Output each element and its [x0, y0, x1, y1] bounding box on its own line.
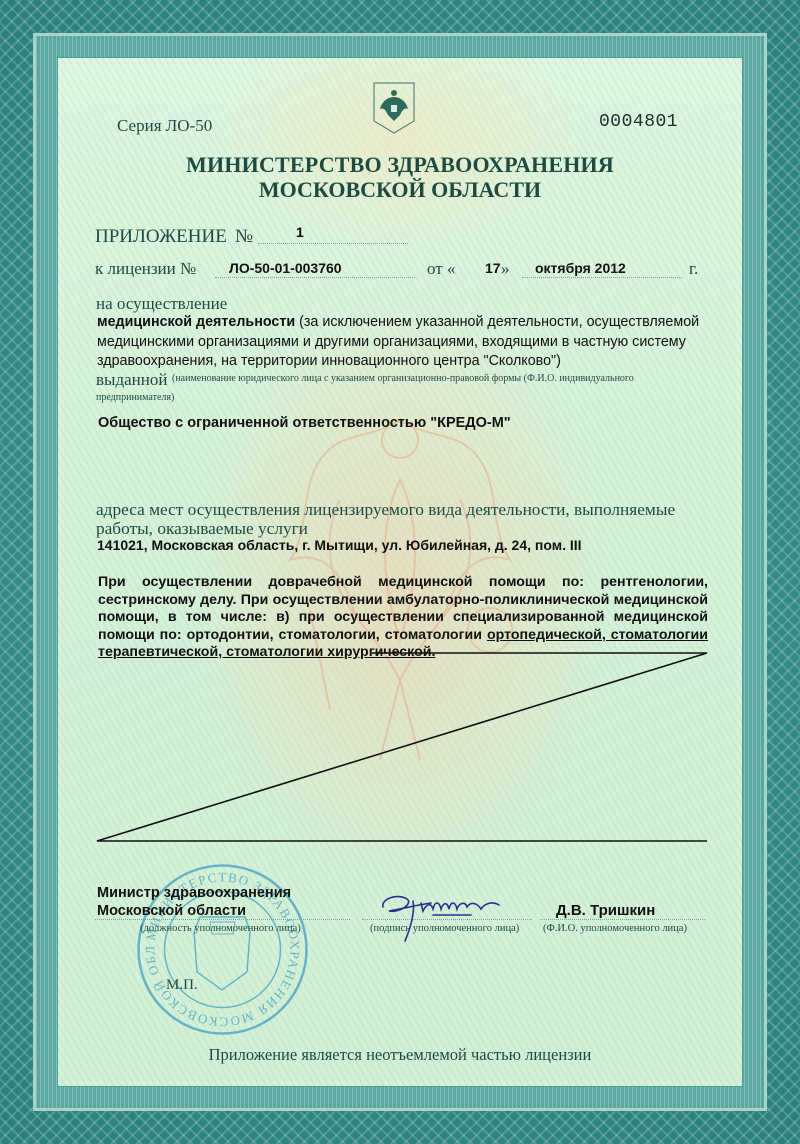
activity-label: на осуществление [96, 294, 227, 314]
license-label: к лицензии № [95, 259, 196, 279]
coat-of-arms-icon [372, 81, 416, 135]
license-month-line [522, 277, 682, 278]
name-line [540, 919, 705, 920]
appendix-number-sign: № [235, 226, 253, 248]
signer-name: Д.В. Тришкин [556, 902, 655, 919]
issued-to-hint: (наименование юридического лица с указан… [172, 373, 634, 384]
footer-note: Приложение является неотъемлемой частью … [0, 1045, 800, 1065]
license-number: ЛО-50-01-003760 [229, 260, 342, 276]
ministry-title-line1: МИНИСТЕРСТВО ЗДРАВООХРАНЕНИЯ [0, 152, 800, 178]
signature-hint: (подпись уполномоченного лица) [370, 923, 519, 934]
license-day: 17 [485, 260, 501, 276]
signer-position-line2: Московской области [97, 903, 246, 919]
organization-name: Общество с ограниченной ответственностью… [98, 415, 511, 431]
name-hint: (Ф.И.О. уполномоченного лица) [543, 923, 687, 934]
license-number-line [215, 277, 415, 278]
activity-address: 141021, Московская область, г. Мытищи, у… [97, 537, 582, 553]
position-hint: (должность уполномоченного лица) [140, 923, 301, 934]
appendix-number: 1 [296, 224, 304, 240]
activity-description: медицинской деятельности (за исключением… [97, 313, 707, 372]
series-label: Серия ЛО-50 [117, 116, 212, 136]
license-month-year: октября 2012 [535, 260, 626, 276]
addresses-label: адреса мест осуществления лицензируемого… [96, 500, 716, 538]
ministry-title-line2: МОСКОВСКОЙ ОБЛАСТИ [0, 177, 800, 203]
appendix-number-line [258, 243, 408, 244]
handwritten-signature-icon [377, 887, 502, 943]
license-year-suffix: г. [689, 259, 698, 279]
seal-place-label: М.П. [166, 977, 198, 994]
appendix-label: ПРИЛОЖЕНИЕ [95, 226, 227, 248]
license-date-from-label: от « [427, 259, 455, 279]
form-number: 0004801 [599, 112, 678, 132]
license-date-close-quote: » [501, 259, 510, 279]
services-list: При осуществлении доврачебной медицинско… [98, 574, 708, 662]
signer-position-line1: Министр здравоохранения [97, 885, 291, 901]
position-line [95, 919, 350, 920]
issued-to-label: выданной [96, 370, 167, 390]
issued-to-hint-cont: предпринимателя) [96, 392, 174, 403]
activity-type: медицинской деятельности [97, 314, 295, 330]
